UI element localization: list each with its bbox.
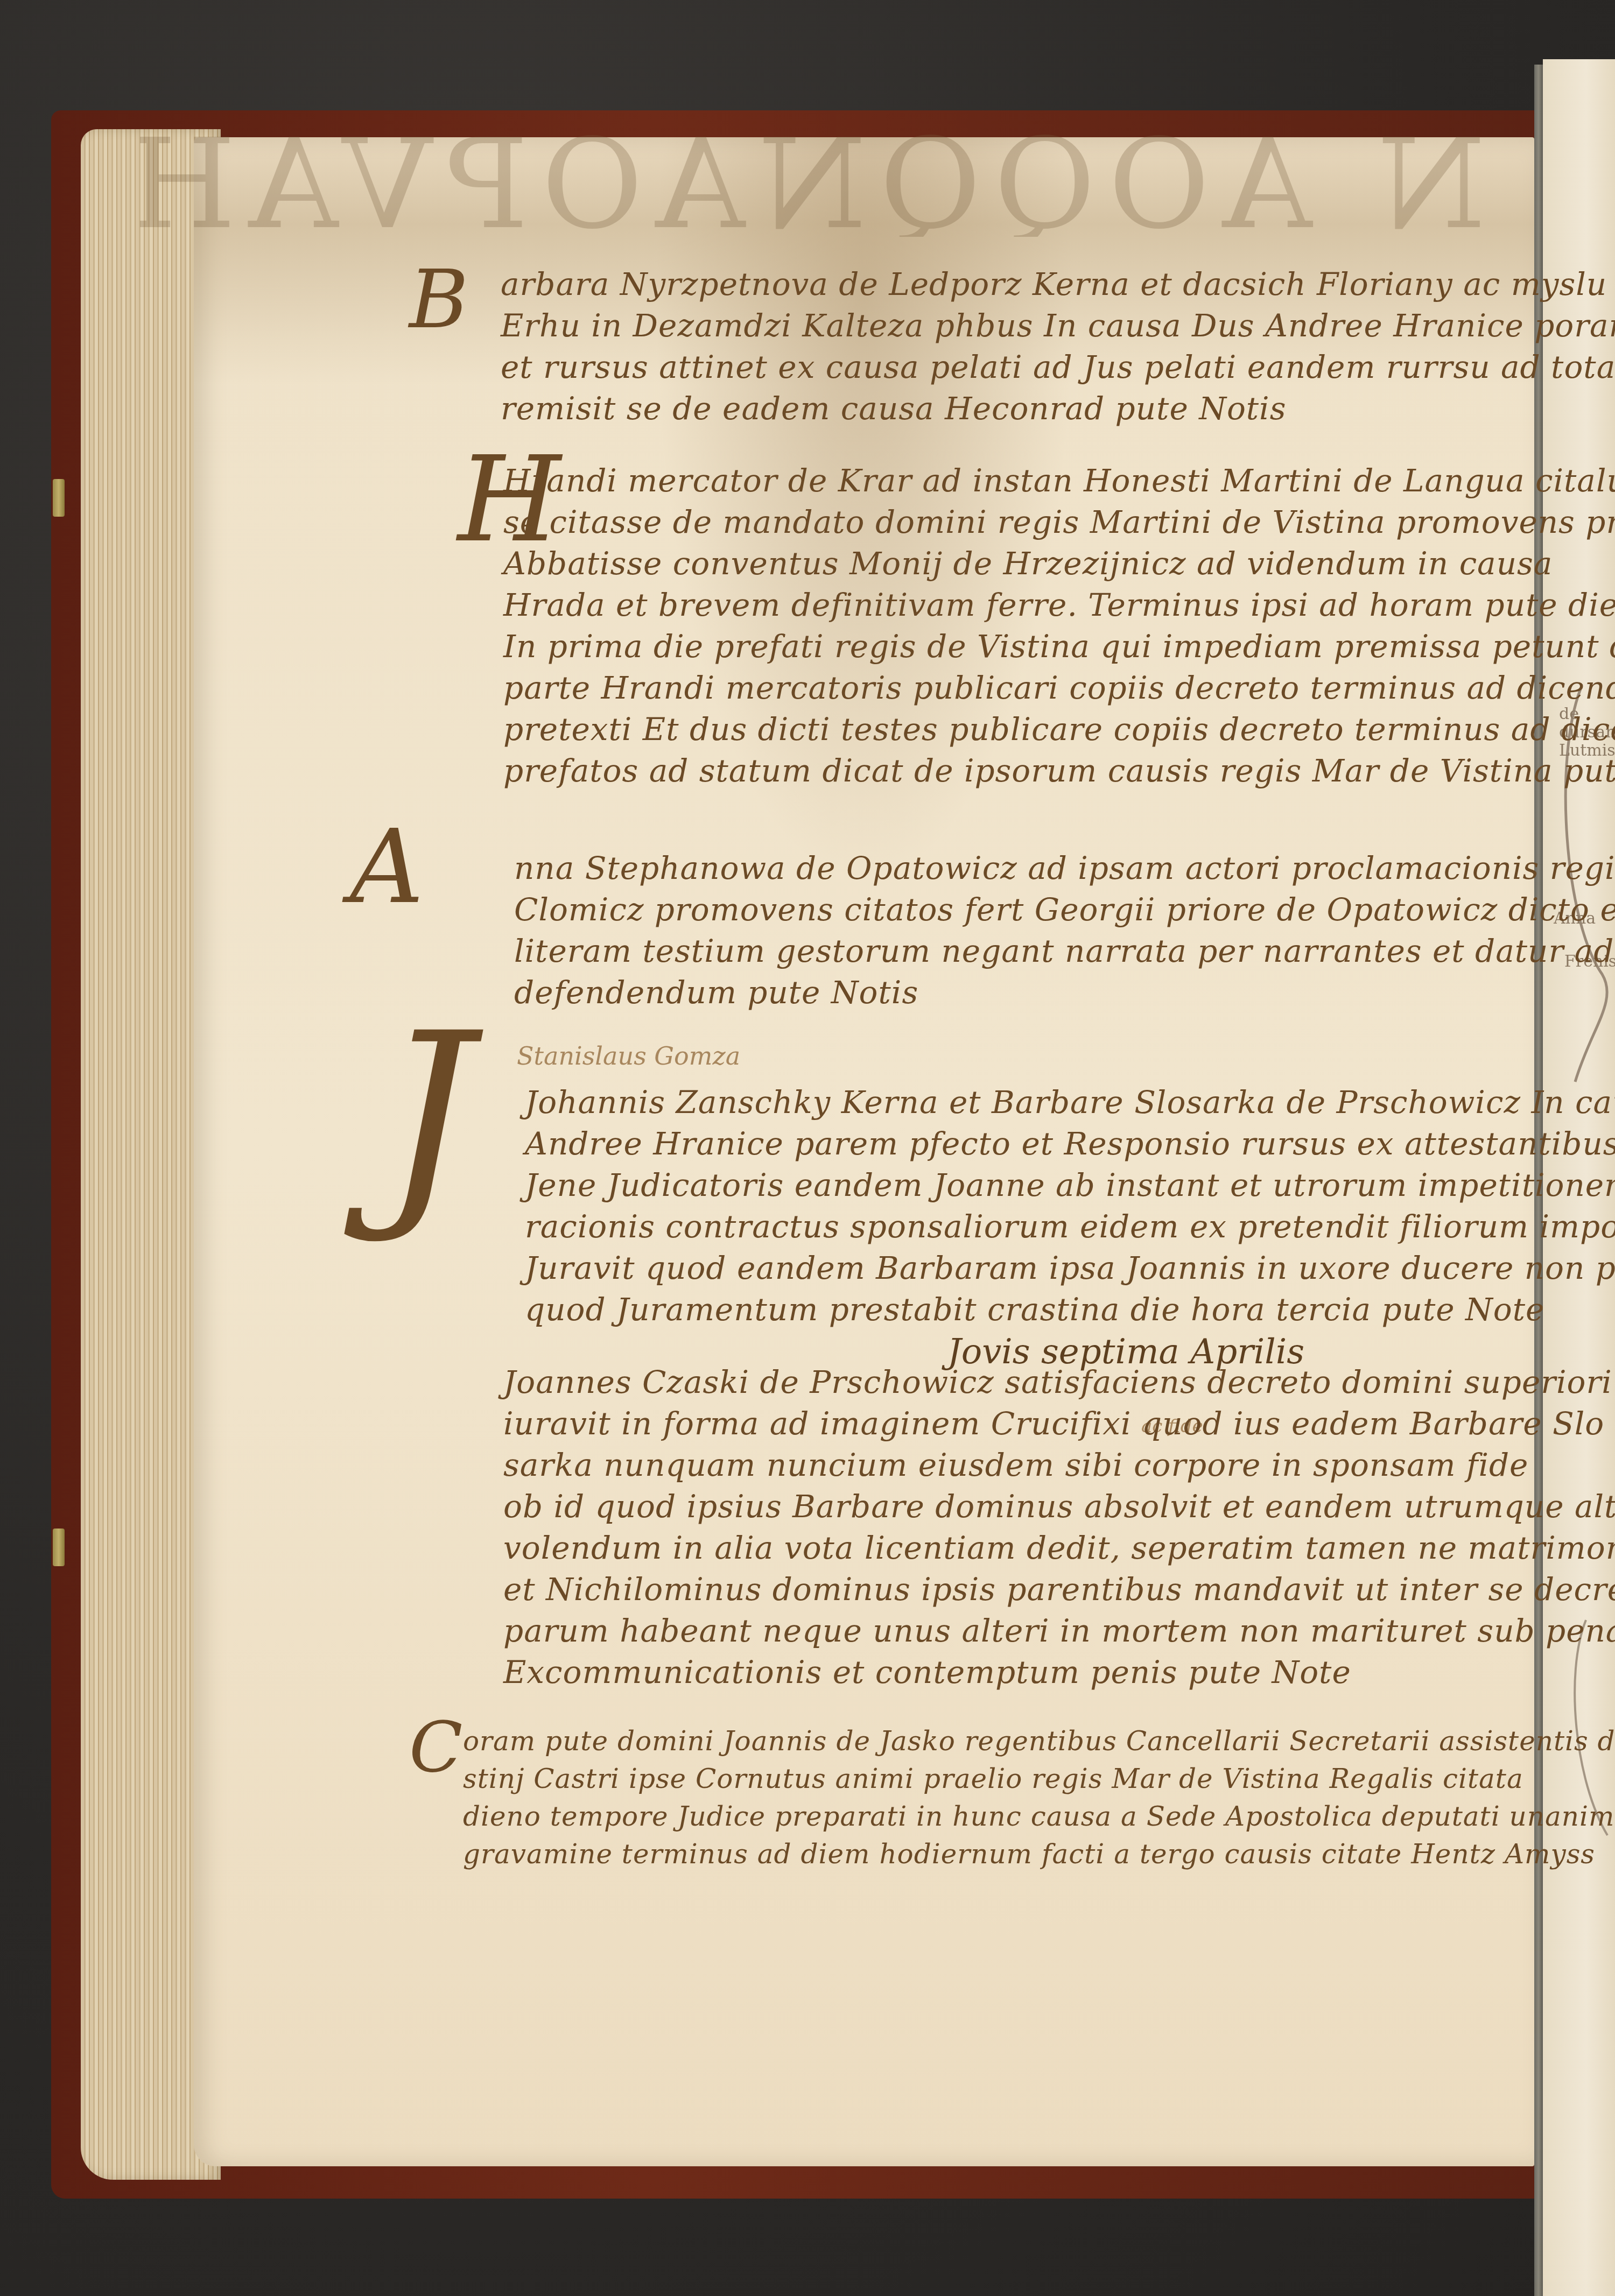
entry-initial: B (409, 253, 468, 347)
margin-gloss: Stanislaus Gomza (517, 1041, 740, 1070)
text-line: quod Juramentum prestabit crastina die h… (525, 1289, 1615, 1330)
text-line: Hrada et brevem definitivam ferre. Termi… (503, 584, 1615, 626)
entry-4: Johannis Zanschky Kerna et Barbare Slosa… (525, 1082, 1615, 1330)
text-line: Hrandi mercator de Krar ad instan Honest… (503, 460, 1615, 502)
text-line: literam testium gestorum negant narrata … (514, 931, 1615, 972)
bleed-through-text: N AOQQNAOPVAH (140, 113, 1486, 237)
text-line: iuravit in forma ad imaginem Crucifixi q… (503, 1403, 1615, 1445)
text-line: Erhu in Dezamdzi Kalteza phbus In causa … (501, 305, 1615, 347)
text-line: stinj Castri ipse Cornutus animi praelio… (463, 1760, 1615, 1798)
entry-1: arbara Nyrzpetnova de Ledporz Kerna et d… (501, 264, 1615, 429)
entry-initial: J (382, 985, 473, 1248)
entry-initial: C (409, 1706, 462, 1788)
text-line: Andree Hranice parem pfecto et Responsio… (525, 1123, 1615, 1165)
text-line: prefatos ad statum dicat de ipsorum caus… (503, 750, 1615, 792)
text-line: ob id quod ipsius Barbare dominus absolv… (503, 1486, 1615, 1527)
entry-6: oram pute domini Joannis de Jasko regent… (463, 1722, 1615, 1873)
text-line: gravamine terminus ad diem hodiernum fac… (463, 1835, 1615, 1873)
text-line: parte Hrandi mercatoris publicari copiis… (503, 667, 1615, 709)
text-line: arbara Nyrzpetnova de Ledporz Kerna et d… (501, 264, 1615, 305)
text-line: se citasse de mandato domini regis Marti… (503, 502, 1615, 543)
text-line: Clomicz promovens citatos fert Georgii p… (514, 889, 1615, 931)
text-line: Joannes Czaski de Prschowicz satisfacien… (503, 1362, 1615, 1403)
entry-3: nna Stephanowa de Opatowicz ad ipsam act… (514, 848, 1615, 1013)
clasp-icon (53, 479, 65, 517)
text-line: defendendum pute Notis (514, 972, 1615, 1013)
entry-2: Hrandi mercator de Krar ad instan Honest… (503, 460, 1615, 792)
text-line: et Nichilominus dominus ipsis parentibus… (503, 1569, 1615, 1610)
text-line: dieno tempore Judice preparati in hunc c… (463, 1798, 1615, 1835)
entry-initial: A (350, 807, 424, 926)
text-line: Juravit quod eandem Barbaram ipsa Joanni… (525, 1248, 1615, 1289)
text-line: Jene Judicatoris eandem Joanne ab instan… (525, 1165, 1615, 1206)
text-line: et rursus attinet ex causa pelati ad Jus… (501, 347, 1615, 388)
clasp-icon (53, 1529, 65, 1566)
text-line: volendum in alia vota licentiam dedit, s… (503, 1527, 1615, 1569)
text-line: sarka nunquam nuncium eiusdem sibi corpo… (503, 1445, 1615, 1486)
entry-5: Joannes Czaski de Prschowicz satisfacien… (503, 1362, 1615, 1693)
text-line: remisit se de eadem causa Heconrad pute … (501, 388, 1615, 429)
text-line: oram pute domini Joannis de Jasko regent… (463, 1722, 1615, 1760)
text-line: Johannis Zanschky Kerna et Barbare Slosa… (525, 1082, 1615, 1123)
text-line: nna Stephanowa de Opatowicz ad ipsam act… (514, 848, 1615, 889)
text-line: parum habeant neque unus alteri in morte… (503, 1610, 1615, 1652)
text-line: In prima die prefati regis de Vistina qu… (503, 626, 1615, 667)
text-line: pretexti Et dus dicti testes publicare c… (503, 709, 1615, 750)
text-line: racionis contractus sponsaliorum eidem e… (525, 1206, 1615, 1248)
text-line: Abbatisse conventus Monij de Hrzezijnicz… (503, 543, 1615, 584)
text-line: Excommunicationis et contemptum penis pu… (503, 1652, 1615, 1693)
